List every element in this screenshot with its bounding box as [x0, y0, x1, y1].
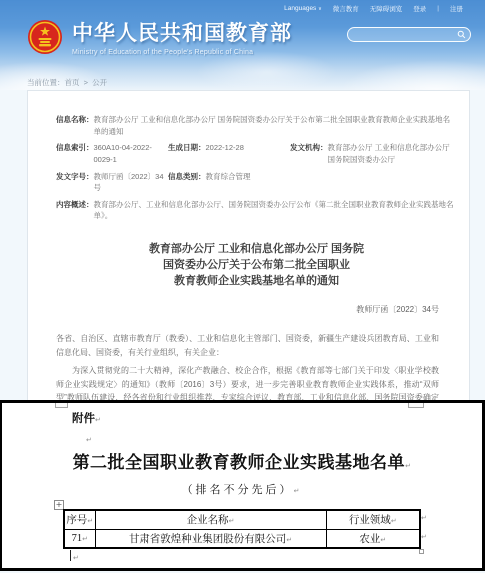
cell-company-text: 甘肃省敦煌种业集团股份有限公司 [129, 534, 287, 545]
col-header-company: 企业名称↵ [95, 510, 326, 529]
paragraph-mark-icon: ↵ [87, 517, 93, 525]
site-header: Languages ∨ 微言教育 无障碍浏览 登录 | 注册 中华人民共和国教育… [0, 0, 485, 90]
page-margin-marker-right [408, 403, 424, 408]
attachment-screenshot: 附件↵ ↵ 第二批全国职业教育教师企业实践基地名单↵ （排名不分先后）↵ + 序… [0, 400, 485, 571]
col-header-industry: 行业领域↵ [326, 510, 420, 529]
meta-docno: 发文字号： 教师厅函〔2022〕34号 [56, 171, 168, 194]
breadcrumb-current-link[interactable]: 公开 [92, 78, 107, 87]
attachment-label: 附件↵ [72, 410, 101, 426]
document-metadata: 信息名称： 教育部办公厅 工业和信息化部办公厅 国务院国资委办公厅关于公布第二批… [56, 114, 457, 222]
breadcrumb-home-link[interactable]: 首页 [65, 78, 80, 87]
cell-number: 71↵ [64, 529, 95, 548]
paragraph-mark-icon: ↵ [82, 535, 88, 543]
site-title: 中华人民共和国教育部 [72, 17, 292, 47]
meta-row-name: 信息名称： 教育部办公厅 工业和信息化部办公厅 国务院国资委办公厅关于公布第二批… [56, 114, 457, 137]
document-title-line1: 教育部办公厅 工业和信息化部办公厅 国务院 [56, 241, 457, 257]
col-header-number: 序号↵ [64, 510, 95, 529]
meta-docno-label: 发文字号： [56, 171, 94, 194]
breadcrumb-separator: > [84, 78, 88, 87]
document-number: 教师厅函〔2022〕34号 [56, 304, 457, 315]
meta-index-value: 360A10-04-2022-0029-1 [94, 142, 169, 165]
national-emblem-logo [27, 19, 63, 55]
document-title-line3: 教育教师企业实践基地名单的通知 [56, 273, 457, 289]
register-link[interactable]: 注册 [450, 4, 463, 13]
attachment-title-text: 第二批全国职业教育教师企业实践基地名单 [73, 453, 406, 472]
login-register-divider: | [437, 5, 439, 12]
breadcrumb: 当前位置：首页 > 公开 [27, 77, 107, 88]
meta-category-value: 教育综合管理 [206, 171, 336, 194]
languages-label: Languages [284, 5, 316, 12]
page: Languages ∨ 微言教育 无障碍浏览 登录 | 注册 中华人民共和国教育… [0, 0, 485, 573]
search-input[interactable] [348, 28, 457, 41]
paragraph-mark-icon: ↵ [405, 462, 411, 470]
attachment-title: 第二批全国职业教育教师企业实践基地名单↵ [2, 448, 482, 473]
attachment-table: 序号↵ 企业名称↵ 行业领域↵ 71↵ 甘肃省敦煌种业集团股份有限公司↵ 农业↵ [63, 509, 421, 549]
meta-date-label: 生成日期： [168, 142, 206, 165]
meta-date-value: 2022-12-28 [206, 142, 244, 165]
meta-name-value: 教育部办公厅 工业和信息化部办公厅 国务院国资委办公厅关于公布第二批全国职业教育… [94, 114, 458, 137]
paragraph-mark-icon: ↵ [73, 554, 79, 562]
text-cursor [70, 550, 71, 561]
meta-summary-label: 内容概述： [56, 199, 94, 222]
meta-date: 生成日期： 2022-12-28 [168, 142, 290, 165]
table-row: 71↵ 甘肃省敦煌种业集团股份有限公司↵ 农业↵ [64, 529, 420, 548]
paragraph-mark-icon: ↵ [380, 536, 386, 544]
paragraph-mark-icon: ↵ [391, 517, 397, 525]
col-header-industry-text: 行业领域 [349, 515, 391, 526]
weiyan-education-link[interactable]: 微言教育 [333, 4, 359, 13]
document-paragraph-body: 为深入贯彻党的二十大精神，深化产教融合、校企合作，根据《教育部等七部门关于印发〈… [56, 364, 457, 400]
cell-company: 甘肃省敦煌种业集团股份有限公司↵ [95, 529, 326, 548]
meta-row-docno: 发文字号： 教师厅函〔2022〕34号 信息类别： 教育综合管理 [56, 171, 457, 194]
row-end-mark-icon: ↵ [421, 514, 427, 522]
row-end-mark-icon: ↵ [421, 533, 427, 541]
paragraph-mark-icon: ↵ [229, 517, 235, 525]
top-nav: Languages ∨ 微言教育 无障碍浏览 登录 | 注册 [284, 4, 463, 13]
table-header-row: 序号↵ 企业名称↵ 行业领域↵ [64, 510, 420, 529]
paragraph-mark-icon: ↵ [86, 436, 92, 444]
meta-issuer: 发文机构： 教育部办公厅 工业和信息化部办公厅 国务院国资委办公厅 [290, 142, 458, 165]
meta-issuer-value: 教育部办公厅 工业和信息化部办公厅 国务院国资委办公厅 [328, 142, 458, 165]
paragraph-mark-icon: ↵ [286, 536, 292, 544]
meta-index-label: 信息索引： [56, 142, 94, 165]
paragraph-mark-icon: ↵ [294, 487, 303, 495]
cell-industry: 农业↵ [326, 529, 420, 548]
search-box[interactable] [347, 27, 471, 42]
meta-index: 信息索引： 360A10-04-2022-0029-1 [56, 142, 168, 165]
paragraph-mark-icon: ↵ [95, 416, 101, 424]
document-title-line2: 国资委办公厅关于公布第二批全国职业 [56, 257, 457, 273]
cell-number-text: 71 [72, 533, 83, 544]
breadcrumb-label: 当前位置： [27, 78, 65, 87]
meta-row-summary: 内容概述： 教育部办公厅、工业和信息化部办公厅、国务院国资委办公厅公布《第二批全… [56, 199, 457, 222]
meta-name-label: 信息名称： [56, 114, 94, 137]
cell-industry-text: 农业 [359, 534, 380, 545]
login-link[interactable]: 登录 [413, 4, 426, 13]
brand-text: 中华人民共和国教育部 Ministry of Education of the … [72, 17, 292, 56]
meta-category: 信息类别： 教育综合管理 [168, 171, 336, 194]
attachment-label-text: 附件 [72, 413, 95, 425]
languages-menu[interactable]: Languages ∨ [284, 5, 322, 12]
document-paragraph-recipients: 各省、自治区、直辖市教育厅（教委）、工业和信息化主管部门、国资委，新疆生产建设兵… [56, 332, 457, 359]
brand[interactable]: 中华人民共和国教育部 Ministry of Education of the … [27, 17, 292, 56]
meta-docno-value: 教师厅函〔2022〕34号 [94, 171, 169, 194]
page-margin-marker-left [55, 403, 68, 408]
attachment-subtitle-text: （排名不分先后） [182, 484, 294, 496]
search-icon[interactable] [457, 30, 466, 39]
table-resize-handle[interactable] [419, 549, 424, 554]
meta-row-index: 信息索引： 360A10-04-2022-0029-1 生成日期： 2022-1… [56, 142, 457, 165]
content-card: 信息名称： 教育部办公厅 工业和信息化部办公厅 国务院国资委办公厅关于公布第二批… [27, 90, 470, 400]
col-header-number-text: 序号 [66, 515, 87, 526]
attachment-subtitle: （排名不分先后）↵ [2, 481, 482, 497]
col-header-company-text: 企业名称 [187, 515, 229, 526]
accessibility-link[interactable]: 无障碍浏览 [370, 4, 403, 13]
document-title: 教育部办公厅 工业和信息化部办公厅 国务院 国资委办公厅关于公布第二批全国职业 … [56, 241, 457, 289]
meta-issuer-label: 发文机构： [290, 142, 328, 165]
meta-category-label: 信息类别： [168, 171, 206, 194]
site-subtitle: Ministry of Education of the People's Re… [72, 49, 292, 56]
meta-summary-value: 教育部办公厅、工业和信息化部办公厅、国务院国资委办公厅公布《第二批全国职业教育教… [94, 199, 458, 222]
chevron-down-icon: ∨ [318, 6, 322, 12]
